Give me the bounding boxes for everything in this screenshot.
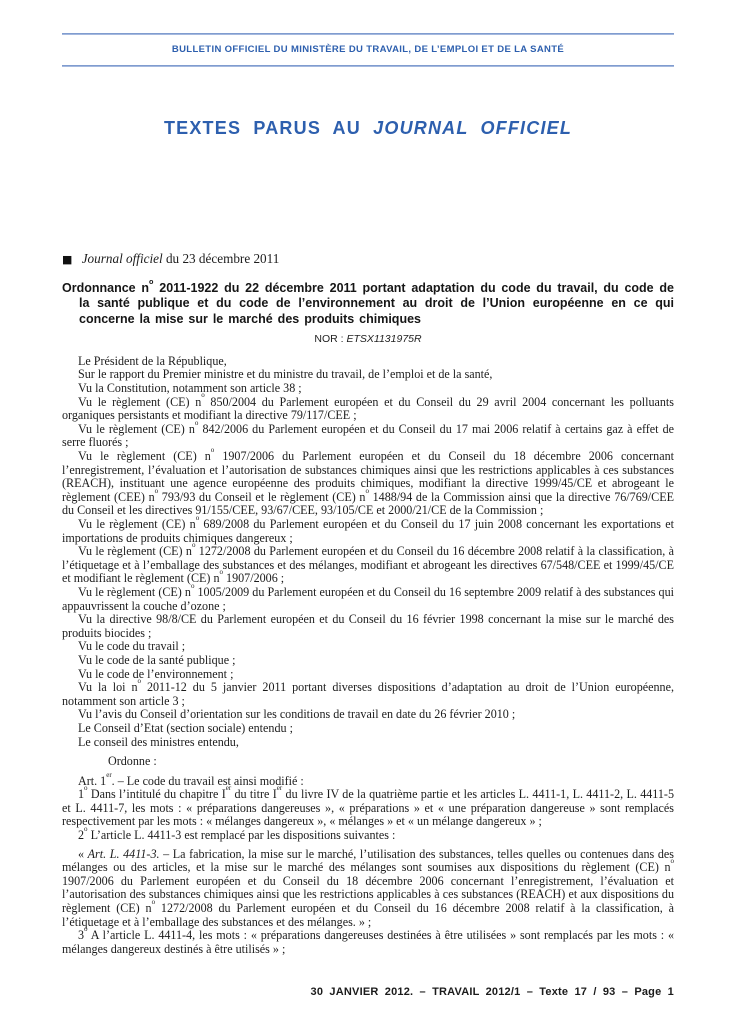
document-page: BULLETIN OFFICIEL DU MINISTÈRE DU TRAVAI… xyxy=(0,0,734,1024)
page-header: BULLETIN OFFICIEL DU MINISTÈRE DU TRAVAI… xyxy=(62,33,674,67)
nor-code: ETSX1131975R xyxy=(346,333,421,345)
ordinance-heading: Ordonnance no 2011-1922 du 22 décembre 2… xyxy=(62,281,674,327)
paragraph: Vu le règlement (CE) no 842/2006 du Parl… xyxy=(62,423,674,450)
paragraph: Vu le règlement (CE) no 689/2008 du Parl… xyxy=(62,518,674,545)
paragraph: 3o A l’article L. 4411-4, les mots : « p… xyxy=(62,929,674,956)
nor-line: NOR : ETSX1131975R xyxy=(62,333,674,345)
paragraph: Vu l’avis du Conseil d’orientation sur l… xyxy=(62,708,674,722)
paragraph: Vu le règlement (CE) no 850/2004 du Parl… xyxy=(62,396,674,423)
header-rule-bottom xyxy=(62,65,674,67)
paragraph: Vu la Constitution, notamment son articl… xyxy=(62,382,674,396)
document-body: Le Président de la République,Sur le rap… xyxy=(62,355,674,957)
paragraph: 2o L’article L. 4411-3 est remplacé par … xyxy=(62,829,674,843)
paragraph: « Art. L. 4411-3. – La fabrication, la m… xyxy=(62,848,674,930)
content-area: BULLETIN OFFICIEL DU MINISTÈRE DU TRAVAI… xyxy=(0,33,734,956)
paragraph: Le conseil des ministres entendu, xyxy=(62,736,674,750)
paragraph: Vu la loi no 2011-12 du 5 janvier 2011 p… xyxy=(62,681,674,708)
paragraph: Vu le code de la santé publique ; xyxy=(62,654,674,668)
paragraph: Vu le code de l’environnement ; xyxy=(62,668,674,682)
paragraph: Sur le rapport du Premier ministre et du… xyxy=(62,368,674,382)
paragraph: Vu le règlement (CE) no 1272/2008 du Par… xyxy=(62,545,674,586)
page-footer: 30 JANVIER 2012. – TRAVAIL 2012/1 – Text… xyxy=(311,986,674,998)
nor-label: NOR : xyxy=(314,333,343,345)
paragraph: Vu le règlement (CE) no 1005/2009 du Par… xyxy=(62,586,674,613)
paragraph: Art. 1er. – Le code du travail est ainsi… xyxy=(62,775,674,789)
paragraph: Le Conseil d’Etat (section sociale) ente… xyxy=(62,722,674,736)
paragraph: Ordonne : xyxy=(108,755,674,769)
paragraph: Vu le règlement (CE) no 1907/2006 du Par… xyxy=(62,450,674,518)
issue-date-line: ■ Journal officiel du 23 décembre 2011 xyxy=(62,251,674,267)
square-bullet-icon: ■ xyxy=(62,253,72,266)
paragraph: Vu le code du travail ; xyxy=(62,640,674,654)
journal-name: Journal officiel xyxy=(82,251,163,266)
issue-date: du 23 décembre 2011 xyxy=(166,251,279,266)
paragraph: Vu la directive 98/8/CE du Parlement eur… xyxy=(62,613,674,640)
page-title: TEXTES PARUS AU JOURNAL OFFICIEL xyxy=(62,118,674,139)
page-title-italic: JOURNAL OFFICIEL xyxy=(373,118,572,138)
paragraph: 1o Dans l’intitulé du chapitre Ier du ti… xyxy=(62,788,674,829)
paragraph: Le Président de la République, xyxy=(62,355,674,369)
page-title-plain: TEXTES PARUS AU xyxy=(164,118,361,138)
bulletin-title: BULLETIN OFFICIEL DU MINISTÈRE DU TRAVAI… xyxy=(62,35,674,65)
